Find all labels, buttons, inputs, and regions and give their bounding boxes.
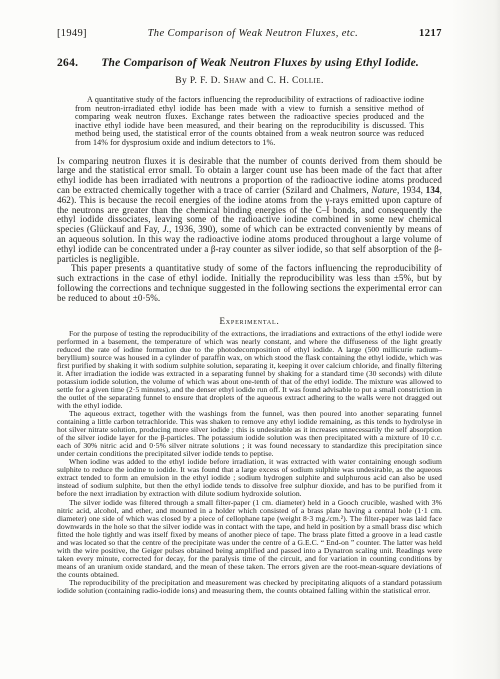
text-run: By P. F. D.	[175, 76, 223, 86]
byline: By P. F. D. Shaw and C. H. Collie.	[57, 75, 442, 87]
text-run: Shaw	[223, 76, 246, 86]
experimental-paragraph: The silver iodide was filtered through a…	[57, 499, 442, 579]
text-run: When iodine was added to the ethyl iodid…	[57, 457, 442, 498]
text-run: , 1934,	[397, 185, 426, 195]
text-run: In	[57, 156, 65, 166]
text-run: The silver iodide was filtered through a…	[57, 498, 442, 579]
experimental-paragraph: When iodine was added to the ethyl iodid…	[57, 458, 442, 498]
experimental-paragraph: For the purpose of testing the reproduci…	[57, 330, 442, 410]
text-run: Nature	[371, 185, 397, 195]
introduction-section: In comparing neutron fluxes it is desira…	[57, 157, 442, 304]
article-title-row: 264. The Comparison of Weak Neutron Flux…	[57, 56, 442, 70]
running-head: [1949] The Comparison of Weak Neutron Fl…	[57, 27, 442, 40]
experimental-paragraph: The reproducibility of the precipitation…	[57, 579, 442, 595]
article-title: The Comparison of Weak Neutron Fluxes by…	[78, 56, 442, 70]
page-number: 1217	[419, 27, 442, 40]
text-run: A quantitative study of the factors infl…	[75, 95, 424, 147]
experimental-paragraph: The aqueous extract, together with the w…	[57, 410, 442, 458]
text-run: 134	[426, 185, 440, 195]
running-title: The Comparison of Weak Neutron Fluxes, e…	[87, 27, 419, 40]
journal-page: [1949] The Comparison of Weak Neutron Fl…	[0, 0, 500, 679]
experimental-section: For the purpose of testing the reproduci…	[57, 330, 442, 596]
abstract-paragraph: A quantitative study of the factors infl…	[57, 96, 442, 148]
intro-paragraph: In comparing neutron fluxes it is desira…	[57, 157, 442, 265]
text-run: The aqueous extract, together with the w…	[57, 409, 442, 458]
text-run: Collie	[292, 76, 321, 86]
text-run: .	[321, 76, 324, 86]
text-run: The reproducibility of the precipitation…	[57, 578, 442, 595]
intro-paragraph: This paper presents a quantitative study…	[57, 264, 442, 303]
year-label: [1949]	[57, 27, 87, 40]
text-run: This paper presents a quantitative study…	[57, 263, 442, 302]
text-run: For the purpose of testing the reproduci…	[57, 329, 442, 410]
article-number: 264.	[57, 56, 78, 70]
text-run: and C. H.	[246, 76, 292, 86]
section-heading-experimental: Experimental.	[57, 316, 442, 326]
